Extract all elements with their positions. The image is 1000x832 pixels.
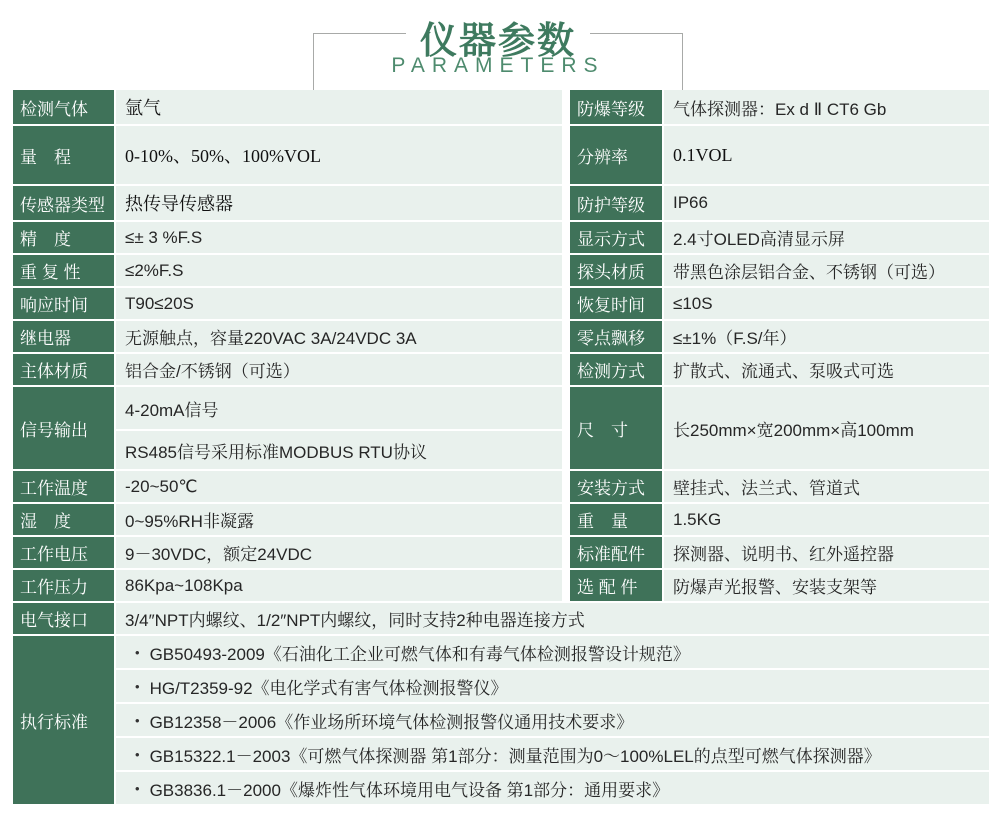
- value-detection-mode: 扩散式、流通式、泵吸式可选: [664, 354, 989, 385]
- value-weight: 1.5KG: [664, 504, 989, 535]
- label-standards: 执行标准: [13, 636, 114, 804]
- page-subtitle: PARAMETERS: [314, 54, 682, 78]
- value-detect-gas: 氩气: [116, 90, 562, 124]
- value-accuracy: ≤± 3 %F.S: [116, 222, 562, 253]
- label-detection-mode: 检测方式: [570, 354, 662, 385]
- label-weight: 重 量: [570, 504, 662, 535]
- label-body-material: 主体材质: [13, 354, 114, 385]
- value-standard-accessories: 探测器、说明书、红外遥控器: [664, 537, 989, 568]
- label-standard-accessories: 标准配件: [570, 537, 662, 568]
- label-dimensions: 尺 寸: [570, 387, 662, 469]
- standard-item: HG/T2359-92《电化学式有害气体检测报警仪》: [116, 670, 989, 702]
- value-relay: 无源触点，容量220VAC 3A/24VDC 3A: [116, 321, 562, 352]
- title-box: 仪器参数 PARAMETERS: [313, 33, 683, 90]
- value-working-pressure: 86Kpa~108Kpa: [116, 570, 562, 601]
- label-display-mode: 显示方式: [570, 222, 662, 253]
- label-range: 量 程: [13, 126, 114, 184]
- value-protection-grade: IP66: [664, 186, 989, 220]
- value-signal-output-2: RS485信号采用标准MODBUS RTU协议: [116, 431, 562, 469]
- value-response-time: T90≤20S: [116, 288, 562, 319]
- label-probe-material: 探头材质: [570, 255, 662, 286]
- value-humidity: 0~95%RH非凝露: [116, 504, 562, 535]
- value-body-material: 铝合金/不锈钢（可选）: [116, 354, 562, 385]
- label-working-pressure: 工作压力: [13, 570, 114, 601]
- label-accuracy: 精 度: [13, 222, 114, 253]
- label-optional-accessories: 选 配 件: [570, 570, 662, 601]
- label-relay: 继电器: [13, 321, 114, 352]
- value-working-voltage: 9－30VDC，额定24VDC: [116, 537, 562, 568]
- label-sensor-type: 传感器类型: [13, 186, 114, 220]
- label-zero-drift: 零点飘移: [570, 321, 662, 352]
- value-working-temp: -20~50℃: [116, 471, 562, 502]
- standard-item: GB12358－2006《作业场所环境气体检测报警仪通用技术要求》: [116, 704, 989, 736]
- value-resolution: 0.1VOL: [664, 126, 989, 184]
- value-probe-material: 带黑色涂层铝合金、不锈钢（可选）: [664, 255, 989, 286]
- label-detect-gas: 检测气体: [13, 90, 114, 124]
- spec-sheet-page: 仪器参数 PARAMETERS 检测气体 氩气 量 程 0-10%、50%、10…: [0, 0, 1000, 832]
- label-signal-output: 信号输出: [13, 387, 114, 469]
- value-zero-drift: ≤±1%（F.S/年）: [664, 321, 989, 352]
- value-installation: 壁挂式、法兰式、管道式: [664, 471, 989, 502]
- value-range: 0-10%、50%、100%VOL: [116, 126, 562, 184]
- label-working-voltage: 工作电压: [13, 537, 114, 568]
- label-recovery-time: 恢复时间: [570, 288, 662, 319]
- value-recovery-time: ≤10S: [664, 288, 989, 319]
- value-display-mode: 2.4寸OLED高清显示屏: [664, 222, 989, 253]
- label-working-temp: 工作温度: [13, 471, 114, 502]
- label-response-time: 响应时间: [13, 288, 114, 319]
- value-optional-accessories: 防爆声光报警、安装支架等: [664, 570, 989, 601]
- value-sensor-type: 热传导传感器: [116, 186, 562, 220]
- label-installation: 安装方式: [570, 471, 662, 502]
- standard-item: GB3836.1－2000《爆炸性气体环境用电气设备 第1部分：通用要求》: [116, 772, 989, 804]
- label-protection-grade: 防护等级: [570, 186, 662, 220]
- label-electrical-interface: 电气接口: [13, 603, 114, 634]
- value-dimensions: 长250mm×宽200mm×高100mm: [664, 387, 989, 469]
- value-signal-output-1: 4-20mA信号: [116, 387, 562, 429]
- label-resolution: 分辨率: [570, 126, 662, 184]
- value-explosion-proof: 气体探测器：Ex d Ⅱ CT6 Gb: [664, 90, 989, 124]
- label-explosion-proof: 防爆等级: [570, 90, 662, 124]
- standard-item: GB15322.1－2003《可燃气体探测器 第1部分：测量范围为0～100%L…: [116, 738, 989, 770]
- label-humidity: 湿 度: [13, 504, 114, 535]
- value-repeatability: ≤2%F.S: [116, 255, 562, 286]
- spec-table: 检测气体 氩气 量 程 0-10%、50%、100%VOL 传感器类型 热传导传…: [13, 90, 989, 804]
- label-repeatability: 重 复 性: [13, 255, 114, 286]
- standard-item: GB50493-2009《石油化工企业可燃气体和有毒气体检测报警设计规范》: [116, 636, 989, 668]
- value-electrical-interface: 3/4″NPT内螺纹、1/2″NPT内螺纹，同时支持2种电器连接方式: [116, 603, 989, 634]
